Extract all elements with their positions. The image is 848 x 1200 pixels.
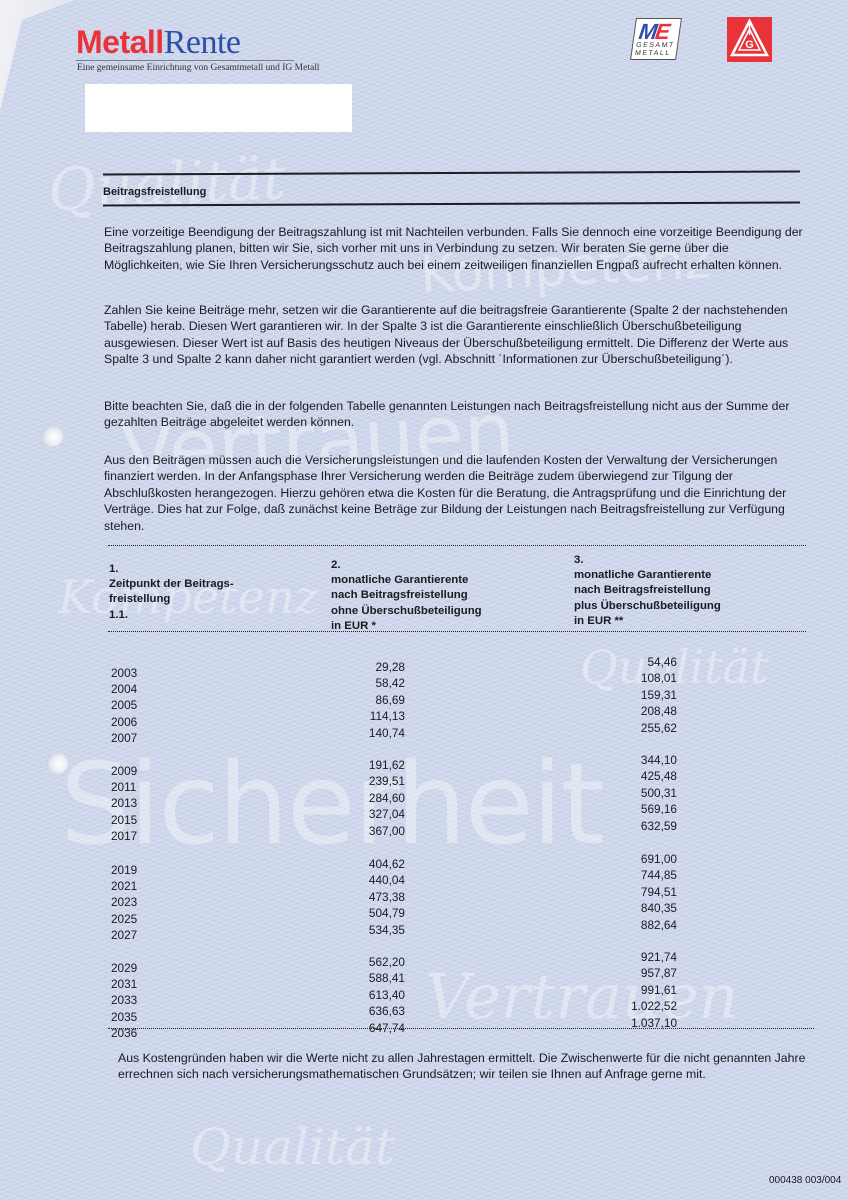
table-cell-with-bonus: 921,74 — [577, 950, 677, 964]
table-cell-year: 2023 — [111, 895, 171, 909]
table-cell-with-bonus: 691,00 — [577, 852, 677, 866]
table-cell-year: 2011 — [111, 780, 171, 794]
document-code: 000438 003/004 — [769, 1175, 841, 1186]
table-cell-with-bonus: 208,48 — [577, 704, 677, 718]
redacted-address-block — [85, 84, 352, 132]
gesamtmetall-logo-icon: ME GESAMTMETALL — [630, 18, 682, 60]
section-title: Beitragsfreistellung — [103, 186, 206, 198]
table-cell-with-bonus: 569,16 — [577, 802, 677, 816]
table-cell-year: 2033 — [111, 993, 171, 1007]
table-cell-guaranteed: 404,62 — [305, 857, 405, 871]
table-cell-with-bonus: 108,01 — [577, 671, 677, 685]
table-cell-year: 2029 — [111, 961, 171, 975]
table-cell-year: 2005 — [111, 698, 171, 712]
table-cell-year: 2035 — [111, 1010, 171, 1024]
table-cell-with-bonus: 344,10 — [577, 753, 677, 767]
paragraph-garantierente: Zahlen Sie keine Beiträge mehr, setzen w… — [104, 302, 804, 368]
table-cell-with-bonus: 957,87 — [577, 966, 677, 980]
ig-metall-logo-icon: G — [727, 17, 772, 62]
punch-hole-top — [41, 425, 63, 447]
table-header-col2: 2. monatliche Garantierente nach Beitrag… — [331, 558, 482, 634]
table-cell-year: 2021 — [111, 879, 171, 893]
punch-hole-bottom — [46, 752, 68, 774]
table-cell-guaranteed: 504,79 — [305, 906, 405, 920]
table-cell-year: 2004 — [111, 682, 171, 696]
table-cell-guaranteed: 440,04 — [305, 873, 405, 887]
table-cell-guaranteed: 534,35 — [305, 923, 405, 937]
paragraph-kosten: Aus den Beiträgen müssen auch die Versic… — [104, 452, 804, 534]
table-header-col3: 3. monatliche Garantierente nach Beitrag… — [574, 553, 721, 629]
table-rule-bottom — [108, 1028, 814, 1029]
table-cell-guaranteed: 613,40 — [305, 988, 405, 1002]
table-cell-guaranteed: 562,20 — [305, 955, 405, 969]
paragraph-intro: Eine vorzeitige Beendigung der Beitragsz… — [104, 224, 804, 273]
table-rule-top — [108, 545, 806, 546]
table-cell-year: 2027 — [111, 928, 171, 942]
table-cell-with-bonus: 882,64 — [577, 918, 677, 932]
table-cell-guaranteed: 114,13 — [305, 709, 405, 723]
table-cell-with-bonus: 632,59 — [577, 819, 677, 833]
table-cell-guaranteed: 636,63 — [305, 1004, 405, 1018]
table-cell-guaranteed: 191,62 — [305, 758, 405, 772]
table-cell-guaranteed: 58,42 — [305, 676, 405, 690]
table-cell-year: 2025 — [111, 912, 171, 926]
table-cell-with-bonus: 991,61 — [577, 983, 677, 997]
logo-divider — [76, 60, 294, 61]
table-cell-guaranteed: 588,41 — [305, 971, 405, 985]
table-cell-guaranteed: 327,04 — [305, 807, 405, 821]
table-cell-guaranteed: 140,74 — [305, 726, 405, 740]
table-cell-year: 2006 — [111, 715, 171, 729]
table-cell-guaranteed: 86,69 — [305, 693, 405, 707]
table-cell-with-bonus: 794,51 — [577, 885, 677, 899]
logo-rente: Rente — [164, 24, 241, 61]
svg-text:G: G — [745, 39, 754, 51]
paragraph-hinweis: Bitte beachten Sie, daß die in der folge… — [104, 398, 804, 431]
table-rule-header — [108, 631, 806, 632]
table-cell-with-bonus: 425,48 — [577, 769, 677, 783]
table-cell-guaranteed: 284,60 — [305, 791, 405, 805]
table-cell-with-bonus: 159,31 — [577, 688, 677, 702]
table-cell-with-bonus: 840,35 — [577, 901, 677, 915]
table-cell-with-bonus: 255,62 — [577, 721, 677, 735]
logo-tagline: Eine gemeinsame Einrichtung von Gesamtme… — [77, 63, 319, 73]
table-cell-year: 2017 — [111, 829, 171, 843]
paragraph-closing: Aus Kostengründen haben wir die Werte ni… — [118, 1050, 808, 1083]
table-cell-year: 2009 — [111, 764, 171, 778]
table-cell-guaranteed: 29,28 — [305, 660, 405, 674]
table-cell-with-bonus: 744,85 — [577, 868, 677, 882]
table-cell-with-bonus: 54,46 — [577, 655, 677, 669]
table-cell-with-bonus: 500,31 — [577, 786, 677, 800]
table-cell-guaranteed: 473,38 — [305, 890, 405, 904]
table-cell-guaranteed: 367,00 — [305, 824, 405, 838]
table-cell-with-bonus: 1.022,52 — [577, 999, 677, 1013]
table-cell-year: 2019 — [111, 863, 171, 877]
table-cell-year: 2003 — [111, 666, 171, 680]
table-cell-guaranteed: 239,51 — [305, 774, 405, 788]
table-cell-year: 2007 — [111, 731, 171, 745]
metallrente-logo: MetallRente — [76, 24, 241, 62]
table-cell-year: 2013 — [111, 796, 171, 810]
table-cell-year: 2031 — [111, 977, 171, 991]
table-cell-year: 2015 — [111, 813, 171, 827]
logo-metall: Metall — [76, 24, 164, 60]
table-header-col1: 1. Zeitpunkt der Beitrags- freistellung … — [109, 562, 234, 623]
